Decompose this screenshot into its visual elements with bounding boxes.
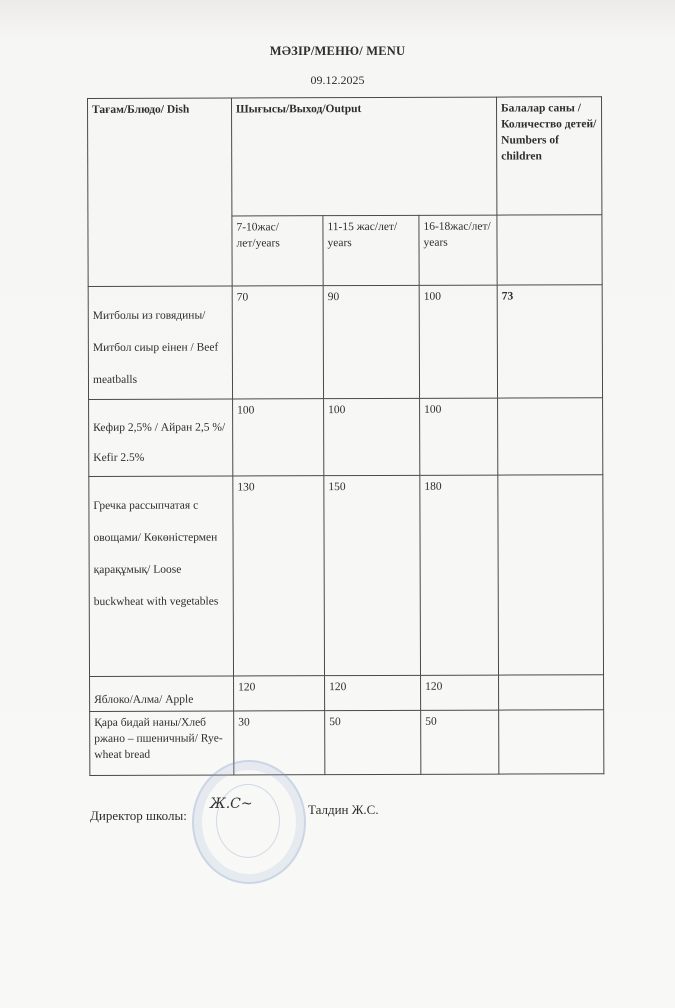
dish-cell: Митболы из говядины/Митбол сиыр еінен / … [88,286,232,400]
value-cell: 50 [421,710,499,774]
document-title: МӘЗІР/МЕНЮ/ MENU [0,44,675,59]
signature-block: Директор школы: Ж.С~ Талдин Ж.С. [90,808,490,838]
director-name: Талдин Ж.С. [308,802,379,818]
value-cell: 120 [421,675,499,710]
header-children: Балалар саны /Количество детей/ Numbers … [496,97,601,215]
header-age-7-10: 7-10жас/лет/years [232,216,323,286]
value-cell: 100 [233,399,324,476]
empty-cell [498,475,604,675]
document-date: 09.12.2025 [0,73,675,88]
signature-scribble: Ж.С~ [210,796,253,812]
value-cell: 130 [233,476,325,676]
value-cell: 100 [324,398,420,475]
table-row: Гречка рассыпчатая с овощами/ Көкөністер… [89,475,604,677]
header-age-16-18: 16-18жас/лет/ years [419,215,497,285]
value-cell: 120 [234,676,325,711]
value-cell: 50 [325,710,421,774]
table-row: Кефир 2,5% / Айран 2,5 %/ Kefir 2.5% 100… [89,398,603,477]
table-row: Қара бидай наны/Хлеб ржано – пшеничный/ … [90,710,604,776]
empty-cell [498,398,603,475]
header-output: Шығысы/Выход/Output [232,97,497,216]
value-cell: 70 [232,286,323,399]
dish-cell: Кефир 2,5% / Айран 2,5 %/ Kefir 2.5% [89,399,233,477]
value-cell: 180 [420,475,499,675]
value-cell: 120 [325,675,421,710]
dish-cell: Гречка рассыпчатая с овощами/ Көкөністер… [89,476,234,677]
value-cell: 100 [420,398,498,475]
menu-table: Тағам/Блюдо/ Dish Шығысы/Выход/Output Ба… [87,96,604,776]
empty-cell [499,710,604,774]
dish-cell: Қара бидай наны/Хлеб ржано – пшеничный/ … [90,711,234,776]
document-page: МӘЗІР/МЕНЮ/ MENU 09.12.2025 Тағам/Блюдо/… [0,0,675,1008]
empty-cell [499,675,604,710]
header-dish: Тағам/Блюдо/ Dish [88,98,233,287]
value-cell: 90 [323,285,419,398]
value-cell: 150 [324,475,421,675]
header-age-11-15: 11-15 жас/лет/ years [323,215,419,285]
dish-cell: Яблоко/Алма/ Apple [90,676,234,712]
children-count-blank [497,215,602,285]
table-row: Митболы из говядины/Митбол сиыр еінен / … [88,285,602,400]
value-cell: 100 [419,285,497,398]
children-count: 73 [497,285,602,398]
table-row: Яблоко/Алма/ Apple 120 120 120 [90,675,604,712]
director-label: Директор школы: [90,808,187,824]
